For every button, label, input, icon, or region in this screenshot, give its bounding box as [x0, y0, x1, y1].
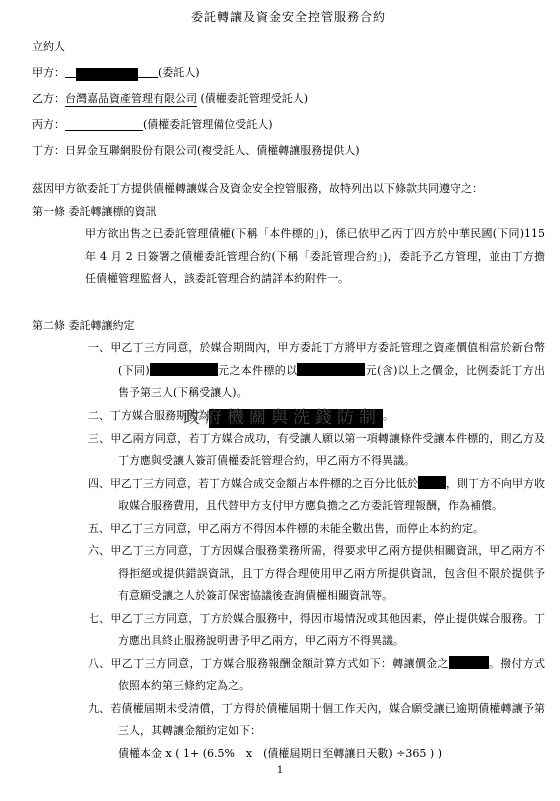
clause-label: 九、 [88, 702, 110, 715]
party-jia-label: 甲方： [32, 66, 65, 79]
party-yi-name: 台灣嘉品資產管理有限公司 [65, 92, 197, 107]
party-bing-role: (債權委託管理備位受託人) [143, 118, 273, 131]
clause-item-8: 八、甲乙丁三方同意，丁方媒合服務報酬金額計算方式如下：轉讓價金之。撥付方式依照本… [88, 653, 545, 698]
preamble: 茲因甲方欲委託丁方提供債權轉讓媒合及資金安全控管服務，故特列出以下條款共同遵守之… [32, 178, 545, 201]
clause-text: 甲乙丁三方同意，甲乙兩方不得因本件標的未能全數出售，而停止本約約定。 [110, 522, 484, 535]
clause-label: 五、 [88, 522, 110, 535]
party-ding-line: 丁方：日昇金互聯網股份有限公司(複受託人、債權轉讓服務提供人) [32, 138, 545, 164]
redacted-commission-rate [449, 656, 489, 669]
clause-text: 甲乙兩方同意，若丁方媒合成功，有受讓人願以第一項轉讓條件受讓本件標的，則乙方及丁… [110, 432, 545, 468]
contract-page: 委託轉讓及資金安全控管服務合約 立約人 甲方：(委託人) 乙方：台灣嘉品資產管理… [0, 0, 560, 801]
party-yi-role: (債權委託管理受託人) [201, 92, 309, 105]
clause-text: 。 [383, 409, 394, 422]
redacted-amount-total [150, 363, 218, 376]
party-jia-line: 甲方：(委託人) [32, 60, 545, 86]
party-bing-line: 丙方：(債權委託管理備位受託人) [32, 112, 545, 138]
redacted-service-period: 政府機關與洗錢防制 [209, 409, 383, 428]
party-jia-name-blank [65, 63, 158, 78]
clause-item-3: 三、甲乙兩方同意，若丁方媒合成功，有受讓人願以第一項轉讓條件受讓本件標的，則乙方… [88, 428, 545, 473]
party-yi-label: 乙方： [32, 92, 65, 105]
clause-label: 三、 [88, 432, 110, 445]
clause-text: 甲乙丁三方同意，丁方因媒合服務業務所需，得要求甲乙兩方提供相關資訊，甲乙兩方不得… [110, 544, 545, 602]
clause-label: 二、 [88, 409, 110, 422]
party-bing-name-blank [65, 115, 143, 131]
clause-label: 八、 [88, 657, 111, 670]
clause-label: 六、 [88, 544, 110, 557]
article2-heading: 第二條 委託轉讓約定 [32, 315, 545, 338]
document-title: 委託轉讓及資金安全控管服務合約 [32, 8, 545, 26]
clause-item-7: 七、甲乙丁三方同意，丁方於媒合服務中，得因市場情況或其他因素，停止提供媒合服務。… [88, 608, 545, 653]
party-yi-line: 乙方：台灣嘉品資產管理有限公司 (債權委託管理受託人) [32, 86, 545, 112]
redacted-party-jia-name [76, 68, 138, 81]
clause-label: 一、 [88, 341, 110, 354]
clause-text: 元之本件標的以 [218, 364, 298, 377]
parties-heading: 立約人 [32, 34, 545, 60]
clause-label: 七、 [88, 612, 110, 625]
page-number: 1 [0, 765, 560, 776]
party-ding-role: (複受託人、債權轉讓服務提供人) [197, 144, 360, 157]
transfer-amount-formula: 債權本金 x ( 1+ (6.5% x (債權屆期日至轉讓日天數) ÷365 )… [118, 743, 545, 766]
party-bing-label: 丙方： [32, 118, 65, 131]
clause-text: 甲乙丁三方同意，丁方媒合服務報酬金額計算方式如下：轉讓價金之 [111, 657, 449, 670]
redacted-percentage [418, 476, 446, 489]
party-ding-name: 日昇金互聯網股份有限公司 [65, 144, 197, 157]
clause-item-2: 二、丁方媒合服務期間為政府機關與洗錢防制。 [88, 405, 545, 428]
clause-text: 甲乙丁三方同意，若丁方媒合成交金額占本件標的之百分比低於 [110, 477, 418, 490]
clause-item-4: 四、甲乙丁三方同意，若丁方媒合成交金額占本件標的之百分比低於，則丁方不向甲方收取… [88, 473, 545, 518]
clause-text: 甲乙丁三方同意，丁方於媒合服務中，得因市場情況或其他因素，停止提供媒合服務。丁方… [110, 612, 545, 648]
article2: 第二條 委託轉讓約定 一、甲乙丁三方同意，於媒合期間內，甲方委託丁方將甲方委託管… [32, 315, 545, 766]
article1-body: 甲方欲出售之已委託管理債權(下稱「本件標的」)，係已依甲乙丙丁四方於中華民國(下… [85, 223, 545, 291]
article1-heading: 第一條 委託轉讓標的資訊 [32, 201, 545, 224]
party-ding-label: 丁方： [32, 144, 65, 157]
redacted-amount-min [297, 363, 365, 376]
clause-item-6: 六、甲乙丁三方同意，丁方因媒合服務業務所需，得要求甲乙兩方提供相關資訊，甲乙兩方… [88, 540, 545, 608]
clause-item-1: 一、甲乙丁三方同意，於媒合期間內，甲方委託丁方將甲方委託管理之資產價值相當於新台… [88, 337, 545, 405]
clause-label: 四、 [88, 477, 110, 490]
clause-text: 若債權屆期未受清償，丁方得於債權屆期十個工作天內，媒合願受讓已逾期債權轉讓予第三… [110, 702, 545, 738]
clause-item-9: 九、若債權屆期未受清償，丁方得於債權屆期十個工作天內，媒合願受讓已逾期債權轉讓予… [88, 698, 545, 743]
party-jia-role: (委託人) [158, 66, 200, 79]
clause-item-5: 五、甲乙丁三方同意，甲乙兩方不得因本件標的未能全數出售，而停止本約約定。 [88, 518, 545, 541]
